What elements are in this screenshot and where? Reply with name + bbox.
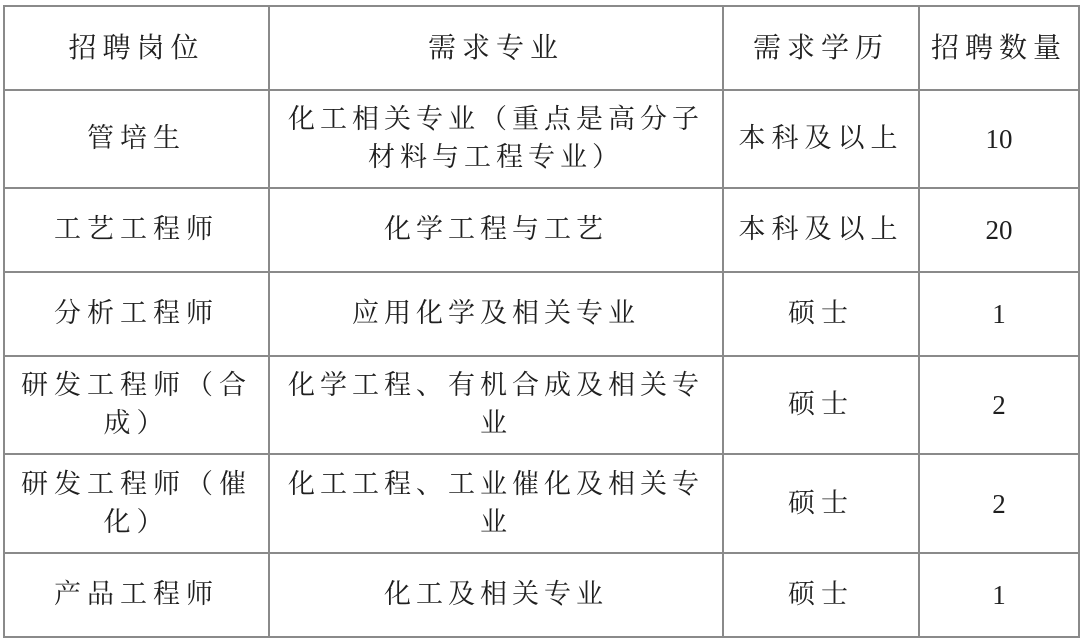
cell-position: 研发工程师（催化） [4, 454, 269, 553]
cell-count: 2 [919, 454, 1079, 553]
header-count: 招聘数量 [919, 6, 1079, 90]
cell-education: 硕士 [723, 356, 919, 454]
cell-major: 化学工程与工艺 [269, 188, 723, 272]
cell-education: 硕士 [723, 553, 919, 637]
table-row: 产品工程师 化工及相关专业 硕士 1 [4, 553, 1079, 637]
cell-position: 工艺工程师 [4, 188, 269, 272]
cell-education: 硕士 [723, 454, 919, 553]
cell-count: 20 [919, 188, 1079, 272]
table-row: 管培生 化工相关专业（重点是高分子材料与工程专业） 本科及以上 10 [4, 90, 1079, 188]
header-major: 需求专业 [269, 6, 723, 90]
cell-education: 本科及以上 [723, 188, 919, 272]
header-education: 需求学历 [723, 6, 919, 90]
cell-count: 2 [919, 356, 1079, 454]
cell-major: 应用化学及相关专业 [269, 272, 723, 356]
cell-major: 化学工程、有机合成及相关专业 [269, 356, 723, 454]
table-header-row: 招聘岗位 需求专业 需求学历 招聘数量 [4, 6, 1079, 90]
cell-education: 硕士 [723, 272, 919, 356]
header-position: 招聘岗位 [4, 6, 269, 90]
cell-major: 化工及相关专业 [269, 553, 723, 637]
cell-position: 产品工程师 [4, 553, 269, 637]
table-row: 分析工程师 应用化学及相关专业 硕士 1 [4, 272, 1079, 356]
table-row: 研发工程师（合成） 化学工程、有机合成及相关专业 硕士 2 [4, 356, 1079, 454]
cell-position: 分析工程师 [4, 272, 269, 356]
cell-position: 研发工程师（合成） [4, 356, 269, 454]
cell-count: 1 [919, 272, 1079, 356]
cell-major: 化工相关专业（重点是高分子材料与工程专业） [269, 90, 723, 188]
table-row: 研发工程师（催化） 化工工程、工业催化及相关专业 硕士 2 [4, 454, 1079, 553]
cell-count: 10 [919, 90, 1079, 188]
cell-education: 本科及以上 [723, 90, 919, 188]
table-row: 工艺工程师 化学工程与工艺 本科及以上 20 [4, 188, 1079, 272]
recruitment-table: 招聘岗位 需求专业 需求学历 招聘数量 管培生 化工相关专业（重点是高分子材料与… [3, 5, 1080, 638]
cell-major: 化工工程、工业催化及相关专业 [269, 454, 723, 553]
cell-position: 管培生 [4, 90, 269, 188]
cell-count: 1 [919, 553, 1079, 637]
